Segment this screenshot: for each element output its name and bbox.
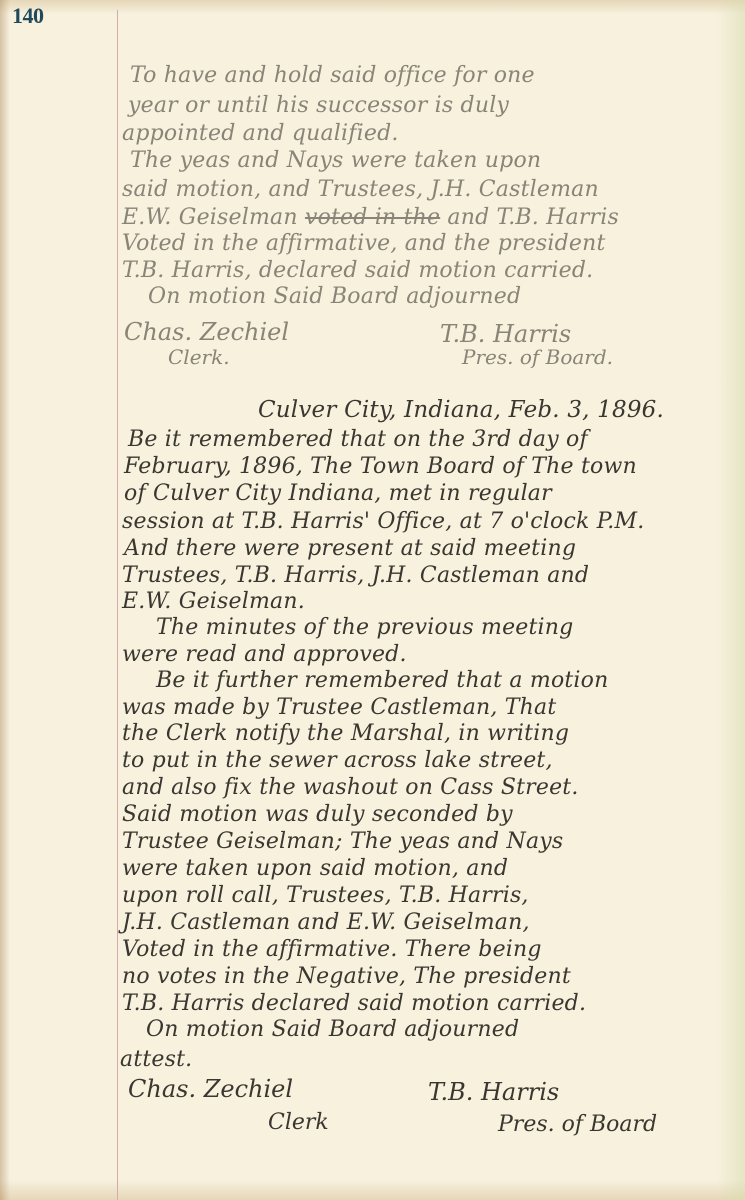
clerk-signature: Chas. Zechiel [124,318,289,346]
entry-1-line: On motion Said Board adjourned [148,283,521,311]
entry-1-line: appointed and qualified. [122,120,399,148]
clerk-signature: Chas. Zechiel [128,1075,293,1103]
entry-2-heading: Culver City, Indiana, Feb. 3, 1896. [258,396,664,424]
entry-2-line: the Clerk notify the Marshal, in writing [122,720,569,748]
margin-rule [117,10,118,1200]
entry-1-text: and T.B. Harris [447,205,619,230]
entry-2-line: were taken upon said motion, and [122,855,508,883]
clerk-title: Clerk. [168,345,230,369]
entry-2-line: Trustee Geiselman; The yeas and Nays [122,828,563,856]
entry-1-line: To have and hold said office for one [130,62,535,90]
entry-2-line: Said motion was duly seconded by [122,801,513,829]
entry-2-line: and also fix the washout on Cass Street. [122,774,579,802]
entry-2-line: of Culver City Indiana, met in regular [124,480,552,508]
entry-1-line: said motion, and Trustees, J.H. Castlema… [122,176,599,204]
entry-1-line: The yeas and Nays were taken upon [130,147,541,175]
entry-1-text: E.W. Geiselman [122,205,298,230]
president-title: Pres. of Board. [462,345,613,369]
entry-2-line: J.H. Castleman and E.W. Geiselman, [122,909,530,937]
entry-2-line: Voted in the affirmative. There being [122,936,542,964]
entry-1-line-partial: E.W. Geiselman voted in the and T.B. Har… [122,204,619,232]
entry-1-line: year or until his successor is duly [128,92,509,120]
entry-2-line: Be it remembered that on the 3rd day of [128,426,588,454]
entry-1-line: T.B. Harris, declared said motion carrie… [122,257,593,285]
page-number: 140 [12,3,44,29]
president-signature: T.B. Harris [428,1078,559,1106]
ledger-page: 140 To have and hold said office for one… [0,0,745,1200]
entry-2-line: E.W. Geiselman. [122,588,305,616]
entry-2-line: upon roll call, Trustees, T.B. Harris, [122,882,529,910]
entry-1-line: Voted in the affirmative, and the presid… [122,230,606,258]
president-title: Pres. of Board [498,1112,657,1137]
entry-2-line: The minutes of the previous meeting [156,614,573,642]
attest-label: attest. [120,1046,192,1074]
entry-2-line: Be it further remembered that a motion [156,667,608,695]
entry-2-line: On motion Said Board adjourned [146,1016,519,1044]
entry-2-line: T.B. Harris declared said motion carried… [122,990,586,1018]
entry-2-line: Trustees, T.B. Harris, J.H. Castleman an… [122,562,589,590]
entry-2-line: was made by Trustee Castleman, That [122,694,556,722]
entry-2-line: were read and approved. [122,641,407,669]
entry-2-line: February, 1896, The Town Board of The to… [124,453,637,481]
entry-2-line: session at T.B. Harris' Office, at 7 o'c… [122,508,644,536]
clerk-title: Clerk [268,1110,329,1135]
president-signature: T.B. Harris [440,320,571,348]
entry-2-line: no votes in the Negative, The president [122,963,571,991]
struck-through-text: voted in the [305,205,440,230]
entry-2-line: And there were present at said meeting [124,535,576,563]
entry-2-line: to put in the sewer across lake street, [122,747,553,775]
